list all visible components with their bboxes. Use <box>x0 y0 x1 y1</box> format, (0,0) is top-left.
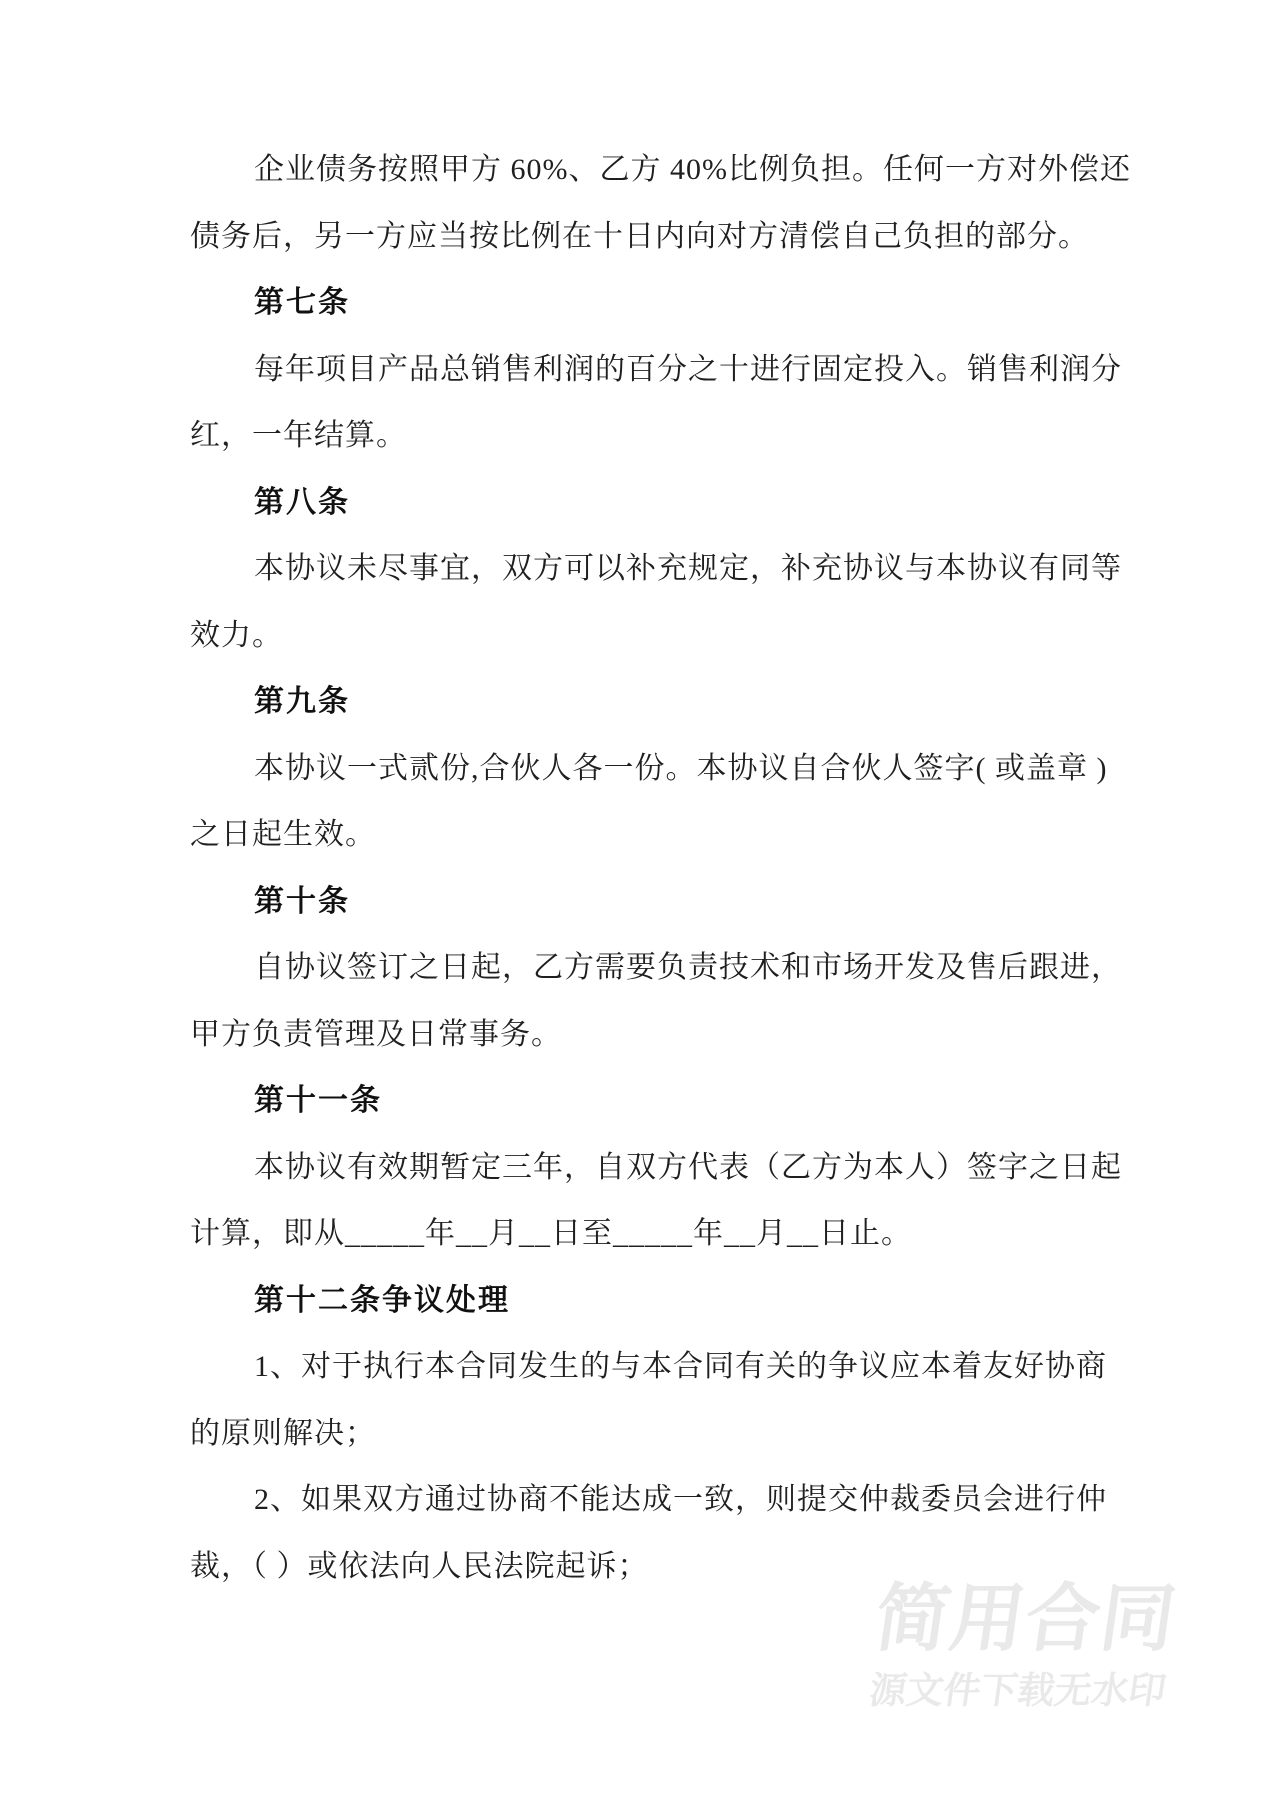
watermark-subtitle: 源文件下载无水印 <box>863 1672 1168 1709</box>
document-line-10: 本协议一式贰份,合伙人各一份。本协议自合伙人签字( 或盖章 ) <box>190 736 1130 803</box>
document-line-2: 债务后，另一方应当按比例在十日内向对方清偿自己负担的部分。 <box>190 204 1130 271</box>
document-line-22: 裁，（ ）或依法向人民法院起诉； <box>190 1534 1130 1601</box>
document-line-19: 1、对于执行本合同发生的与本合同有关的争议应本着友好协商 <box>190 1334 1130 1401</box>
document-line-5: 红，一年结算。 <box>190 403 1130 470</box>
document-line-13: 自协议签订之日起，乙方需要负责技术和市场开发及售后跟进， <box>190 935 1130 1002</box>
document-line-21: 2、如果双方通过协商不能达成一致，则提交仲裁委员会进行仲 <box>190 1467 1130 1534</box>
document-line-3: 第七条 <box>190 270 1130 337</box>
document-line-4: 每年项目产品总销售利润的百分之十进行固定投入。销售利润分 <box>190 337 1130 404</box>
document-line-9: 第九条 <box>190 669 1130 736</box>
document-line-14: 甲方负责管理及日常事务。 <box>190 1002 1130 1069</box>
document-line-16: 本协议有效期暂定三年，自双方代表（乙方为本人）签字之日起 <box>190 1135 1130 1202</box>
watermark: 简用合同 源文件下载无水印 <box>863 1582 1181 1709</box>
document-line-17: 计算，即从_____年__月__日至_____年__月__日止。 <box>190 1201 1130 1268</box>
document-line-7: 本协议未尽事宜，双方可以补充规定，补充协议与本协议有同等 <box>190 536 1130 603</box>
document-line-6: 第八条 <box>190 470 1130 537</box>
document-line-20: 的原则解决； <box>190 1401 1130 1468</box>
document-line-15: 第十一条 <box>190 1068 1130 1135</box>
document-line-18: 第十二条争议处理 <box>190 1268 1130 1335</box>
document-line-11: 之日起生效。 <box>190 802 1130 869</box>
document-line-12: 第十条 <box>190 869 1130 936</box>
document-line-1: 企业债务按照甲方 60%、乙方 40%比例负担。任何一方对外偿还 <box>190 137 1130 204</box>
document-line-8: 效力。 <box>190 603 1130 670</box>
document-page: 企业债务按照甲方 60%、乙方 40%比例负担。任何一方对外偿还债务后，另一方应… <box>0 0 1280 1810</box>
document-body: 企业债务按照甲方 60%、乙方 40%比例负担。任何一方对外偿还债务后，另一方应… <box>190 137 1130 1600</box>
